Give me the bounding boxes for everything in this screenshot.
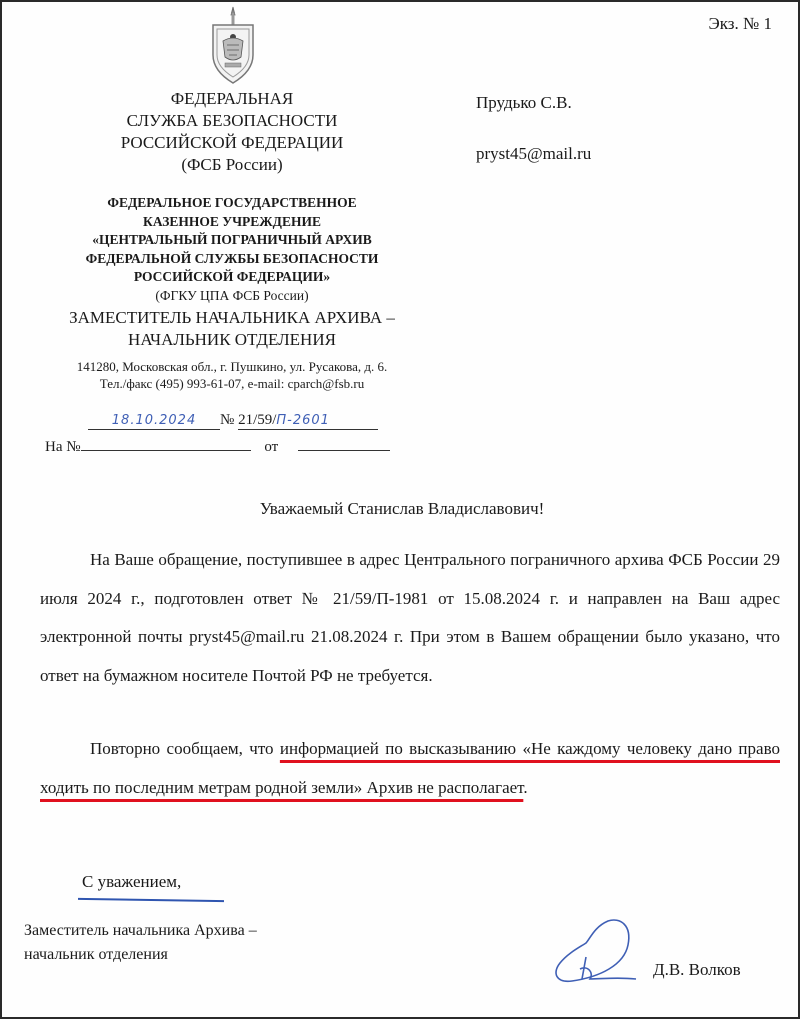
- greeting: Уважаемый Станислав Владиславович!: [2, 499, 800, 519]
- copy-number: Экз. № 1: [709, 14, 772, 34]
- signer-name: Д.В. Волков: [653, 960, 741, 980]
- institution-name: ФЕДЕРАЛЬНОЕ ГОСУДАРСТВЕННОЕ КАЗЕННОЕ УЧР…: [42, 194, 422, 305]
- recipient-email: pryst45@mail.ru: [476, 144, 591, 164]
- sender-address: 141280, Московская обл., г. Пушкино, ул.…: [22, 358, 442, 392]
- sender-position: ЗАМЕСТИТЕЛЬ НАЧАЛЬНИКА АРХИВА – НАЧАЛЬНИ…: [22, 307, 442, 351]
- fsb-emblem-icon: [207, 5, 259, 85]
- registration-date: 18.10.2024: [112, 413, 196, 428]
- institution-abbreviation: (ФГКУ ЦПА ФСБ России): [42, 287, 422, 306]
- signature-icon: [550, 917, 650, 987]
- registration-line: 18.10.2024№ 21/59/П-2601: [88, 412, 378, 434]
- registration-number-handwritten: П-2601: [276, 413, 330, 428]
- recipient-name: Прудько С.В.: [476, 93, 572, 113]
- registration-date-field: 18.10.2024: [88, 412, 220, 430]
- signer-position: Заместитель начальника Архива – начальни…: [24, 919, 257, 967]
- handwritten-underline: [78, 898, 224, 902]
- reference-line: На № от: [45, 434, 390, 456]
- reference-number-field: [81, 434, 251, 451]
- reference-date-field: [298, 434, 390, 451]
- document-page: Экз. № 1 ФЕДЕРАЛЬНАЯ СЛУЖБА БЕЗОПАСНОСТИ…: [0, 0, 800, 1019]
- registration-number-field: 21/59/П-2601: [238, 412, 378, 430]
- body-paragraph-1: На Ваше обращение, поступившее в адрес Ц…: [40, 541, 780, 695]
- body-paragraph-2: Повторно сообщаем, что информацией по вы…: [40, 730, 780, 807]
- agency-name: ФЕДЕРАЛЬНАЯ СЛУЖБА БЕЗОПАСНОСТИ РОССИЙСК…: [62, 88, 402, 176]
- closing: С уважением,: [82, 872, 181, 892]
